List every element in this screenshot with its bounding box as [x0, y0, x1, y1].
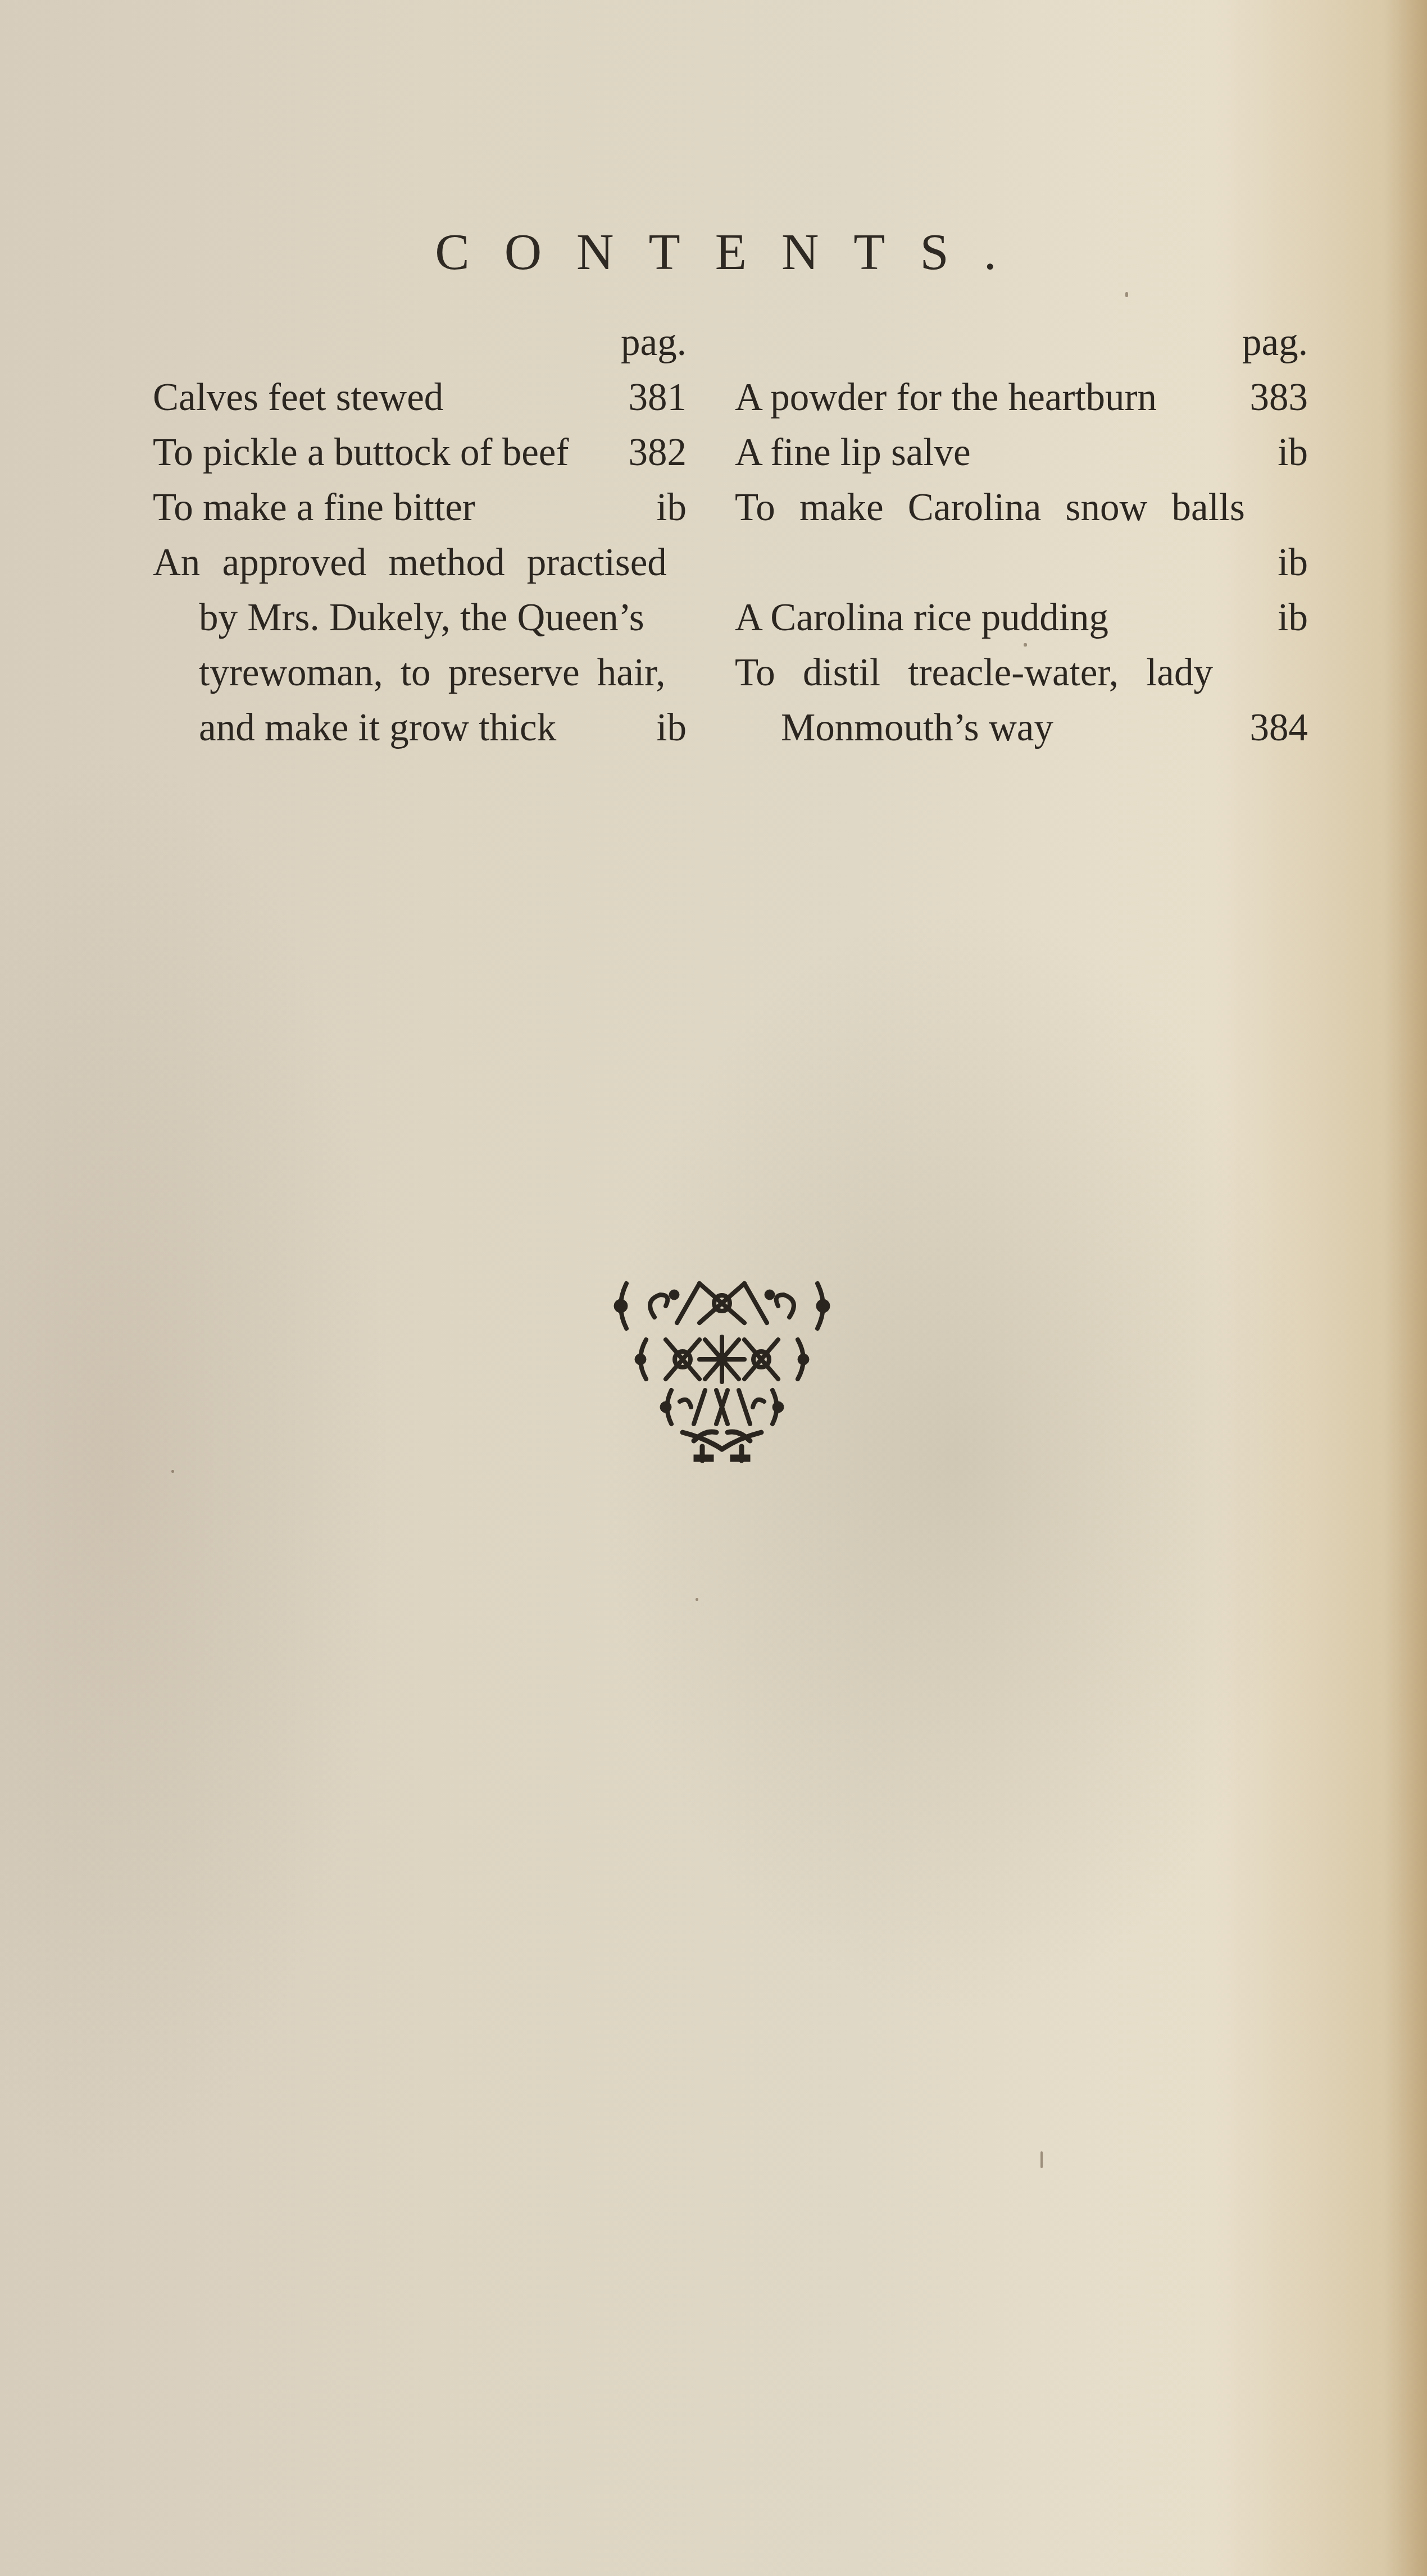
entry-title: A fine lip salve [735, 425, 971, 480]
entry-page: 384 [1241, 700, 1308, 755]
entry-page: ib [644, 700, 687, 755]
entry-title-line: To distil treacle-water, lady [735, 645, 1213, 700]
entry-title: To make a fine bitter [153, 480, 475, 535]
contents-entry: To distil treacle-water, lady Monmouth’s… [735, 645, 1308, 755]
paper-speck [696, 1598, 698, 1601]
contents-entry: A powder for the heartburn 383 [735, 370, 1308, 425]
entry-page: ib [1265, 425, 1308, 480]
entry-page: 383 [1241, 370, 1308, 425]
entry-title: A Carolina rice pudding [735, 590, 1108, 645]
paper-speck [1024, 643, 1027, 647]
entry-page: ib [1265, 535, 1308, 590]
contents-entry: To pickle a buttock of beef 382 [153, 425, 687, 480]
entry-page: 381 [620, 370, 687, 425]
contents-entry: Calves feet stewed 381 [153, 370, 687, 425]
paper-speck [1040, 2151, 1043, 2168]
contents-entry: A Carolina rice pudding ib [735, 590, 1308, 645]
entry-page: 382 [620, 425, 687, 480]
page-heading: CONTENTS. [0, 222, 1427, 281]
contents-entry: To make a fine bitter ib [153, 480, 687, 535]
entry-title-line: An approved method practised [153, 535, 667, 590]
entry-page: ib [1265, 590, 1308, 645]
entry-title-line: and make it grow thick [199, 700, 556, 755]
contents-entry: To make Carolina snow balls ib [735, 480, 1308, 590]
pag-label: pag. [153, 315, 687, 370]
floral-ornament-icon [610, 1261, 834, 1463]
paper-speck [1125, 292, 1128, 297]
entry-title-line: by Mrs. Dukely, the Queen’s [199, 590, 644, 645]
entry-title: To pickle a buttock of beef [153, 425, 569, 480]
book-page: CONTENTS. pag. Calves feet stewed 381 To… [0, 0, 1427, 2576]
paper-speck [171, 1470, 174, 1473]
entry-title: To make Carolina snow balls [735, 480, 1245, 535]
entry-title: Calves feet stewed [153, 370, 443, 425]
pag-label: pag. [735, 315, 1308, 370]
entry-title-line: Monmouth’s way [781, 700, 1053, 755]
entry-title-line: tyrewoman, to preserve hair, [199, 645, 666, 700]
contents-entry: A fine lip salve ib [735, 425, 1308, 480]
contents-column-left: pag. Calves feet stewed 381 To pickle a … [153, 315, 687, 755]
contents-entry: An approved method practised by Mrs. Duk… [153, 535, 687, 755]
contents-column-right: pag. A powder for the heartburn 383 A fi… [735, 315, 1308, 755]
entry-page: ib [644, 480, 687, 535]
entry-title: A powder for the heartburn [735, 370, 1157, 425]
